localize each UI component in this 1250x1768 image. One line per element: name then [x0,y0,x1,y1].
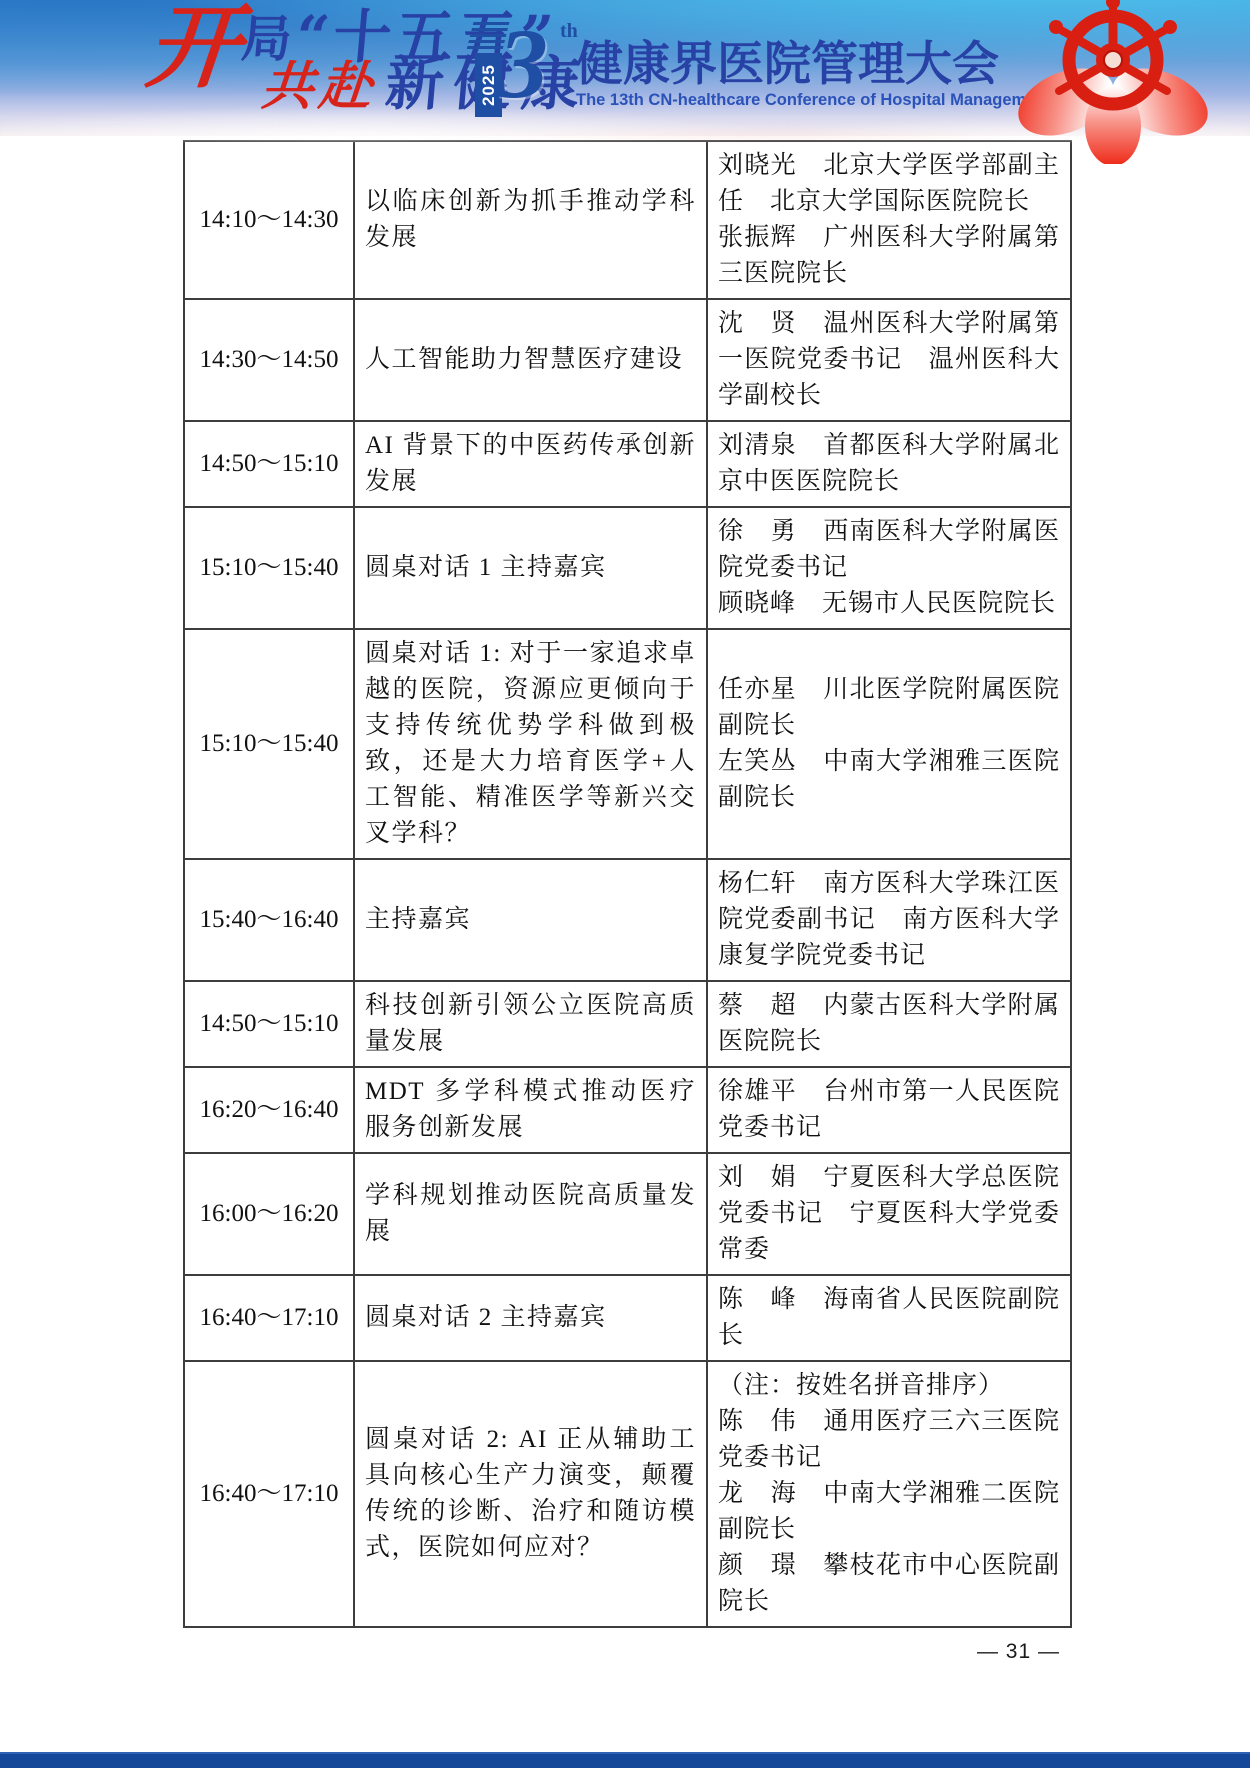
agenda-row: 16:40～17:10圆桌对话 2 主持嘉宾陈 峰 海南省人民医院副院长 [184,1275,1071,1361]
header-banner: 开 局 “十五五” 共赴 新健康 2025 3 th 健康界医院管理大会 The… [0,0,1250,136]
agenda-row: 16:40～17:10圆桌对话 2: AI 正从辅助工具向核心生产力演变，颠覆传… [184,1361,1071,1627]
agenda-row: 14:50～15:10科技创新引领公立医院高质量发展蔡 超 内蒙古医科大学附属医… [184,981,1071,1067]
speaker-entry: 刘 娟 宁夏医科大学总医院党委书记 宁夏医科大学党委常委 [718,1160,1060,1268]
slogan-gongfu: 共赴 [259,61,380,113]
time-cell: 14:50～15:10 [184,421,354,507]
speaker-entry: 左笑丛 中南大学湘雅三医院副院长 [718,744,1060,816]
speakers-cell: 刘晓光 北京大学医学部副主任 北京大学国际医院院长张振辉 广州医科大学附属第三医… [707,141,1071,299]
speaker-entry: 任亦星 川北医学院附属医院副院长 [718,672,1060,744]
speakers-cell: 沈 贤 温州医科大学附属第一医院党委书记 温州医科大学副校长 [707,299,1071,421]
time-cell: 15:10～15:40 [184,507,354,629]
topic-cell: MDT 多学科模式推动医疗服务创新发展 [354,1067,707,1153]
agenda-row: 15:40～16:40主持嘉宾杨仁轩 南方医科大学珠江医院党委副书记 南方医科大… [184,859,1071,981]
speaker-entry: 陈 伟 通用医疗三六三医院党委书记 [718,1404,1060,1476]
topic-cell: 圆桌对话 1: 对于一家追求卓越的医院，资源应更倾向于支持传统优势学科做到极致，… [354,629,707,859]
conference-title-cn: 健康界医院管理大会 [576,38,1051,90]
speaker-entry: 陈 峰 海南省人民医院副院长 [718,1282,1060,1354]
topic-cell: 科技创新引领公立医院高质量发展 [354,981,707,1067]
speaker-entry: 颜 璟 攀枝花市中心医院副院长 [718,1548,1060,1620]
speaker-entry: 蔡 超 内蒙古医科大学附属医院院长 [718,988,1060,1060]
speaker-entry: 杨仁轩 南方医科大学珠江医院党委副书记 南方医科大学康复学院党委书记 [718,866,1060,974]
agenda-table: 14:10～14:30以临床创新为抓手推动学科发展刘晓光 北京大学医学部副主任 … [183,140,1072,1628]
speakers-cell: 刘 娟 宁夏医科大学总医院党委书记 宁夏医科大学党委常委 [707,1153,1071,1275]
logo-13th: 2025 3 th [468,20,578,124]
agenda-row: 14:10～14:30以临床创新为抓手推动学科发展刘晓光 北京大学医学部副主任 … [184,141,1071,299]
topic-cell: 主持嘉宾 [354,859,707,981]
time-cell: 14:50～15:10 [184,981,354,1067]
speakers-cell: （注：按姓名拼音排序）陈 伟 通用医疗三六三医院党委书记龙 海 中南大学湘雅二医… [707,1361,1071,1627]
speakers-cell: 任亦星 川北医学院附属医院副院长左笑丛 中南大学湘雅三医院副院长 [707,629,1071,859]
speakers-cell: 徐 勇 西南医科大学附属医院党委书记顾晓峰 无锡市人民医院院长 [707,507,1071,629]
time-cell: 16:40～17:10 [184,1275,354,1361]
agenda-row: 14:50～15:10AI 背景下的中医药传承创新发展刘清泉 首都医科大学附属北… [184,421,1071,507]
topic-cell: 人工智能助力智慧医疗建设 [354,299,707,421]
speaker-entry: 顾晓峰 无锡市人民医院院长 [718,586,1060,622]
sorting-note: （注：按姓名拼音排序） [718,1368,1060,1404]
speakers-cell: 刘清泉 首都医科大学附属北京中医医院院长 [707,421,1071,507]
conference-title-en: The 13th CN-healthcare Conference of Hos… [576,91,1051,110]
time-cell: 16:40～17:10 [184,1361,354,1627]
speakers-cell: 杨仁轩 南方医科大学珠江医院党委副书记 南方医科大学康复学院党委书记 [707,859,1071,981]
conference-titles: 健康界医院管理大会 The 13th CN-healthcare Confere… [576,38,1051,110]
ship-wheel-icon [984,0,1240,164]
time-cell: 14:30～14:50 [184,299,354,421]
topic-cell: AI 背景下的中医药传承创新发展 [354,421,707,507]
agenda-row: 15:10～15:40圆桌对话 1 主持嘉宾徐 勇 西南医科大学附属医院党委书记… [184,507,1071,629]
time-cell: 16:20～16:40 [184,1067,354,1153]
speaker-entry: 徐雄平 台州市第一人民医院党委书记 [718,1074,1060,1146]
slogan-char-kai: 开 [143,4,243,91]
topic-cell: 圆桌对话 1 主持嘉宾 [354,507,707,629]
agenda-row: 16:20～16:40MDT 多学科模式推动医疗服务创新发展徐雄平 台州市第一人… [184,1067,1071,1153]
speakers-cell: 陈 峰 海南省人民医院副院长 [707,1275,1071,1361]
topic-cell: 以临床创新为抓手推动学科发展 [354,141,707,299]
time-cell: 15:40～16:40 [184,859,354,981]
speaker-entry: 徐 勇 西南医科大学附属医院党委书记 [718,514,1060,586]
speakers-cell: 蔡 超 内蒙古医科大学附属医院院长 [707,981,1071,1067]
topic-cell: 圆桌对话 2: AI 正从辅助工具向核心生产力演变，颠覆传统的诊断、治疗和随访模… [354,1361,707,1627]
time-cell: 14:10～14:30 [184,141,354,299]
time-cell: 15:10～15:40 [184,629,354,859]
time-cell: 16:00～16:20 [184,1153,354,1275]
speaker-entry: 龙 海 中南大学湘雅二医院副院长 [718,1476,1060,1548]
agenda-row: 15:10～15:40圆桌对话 1: 对于一家追求卓越的医院，资源应更倾向于支持… [184,629,1071,859]
speaker-entry: 沈 贤 温州医科大学附属第一医院党委书记 温州医科大学副校长 [718,306,1060,414]
topic-cell: 学科规划推动医院高质量发展 [354,1153,707,1275]
agenda-row: 14:30～14:50人工智能助力智慧医疗建设沈 贤 温州医科大学附属第一医院党… [184,299,1071,421]
bottom-bar [0,1752,1250,1768]
topic-cell: 圆桌对话 2 主持嘉宾 [354,1275,707,1361]
agenda-row: 16:00～16:20学科规划推动医院高质量发展刘 娟 宁夏医科大学总医院党委书… [184,1153,1071,1275]
speaker-entry: 刘清泉 首都医科大学附属北京中医医院院长 [718,428,1060,500]
page-number: — 31 — [977,1640,1060,1664]
logo-number-3: 3 [498,6,548,121]
page: 开 局 “十五五” 共赴 新健康 2025 3 th 健康界医院管理大会 The… [0,0,1250,1768]
speaker-entry: 张振辉 广州医科大学附属第三医院院长 [718,220,1060,292]
speakers-cell: 徐雄平 台州市第一人民医院党委书记 [707,1067,1071,1153]
